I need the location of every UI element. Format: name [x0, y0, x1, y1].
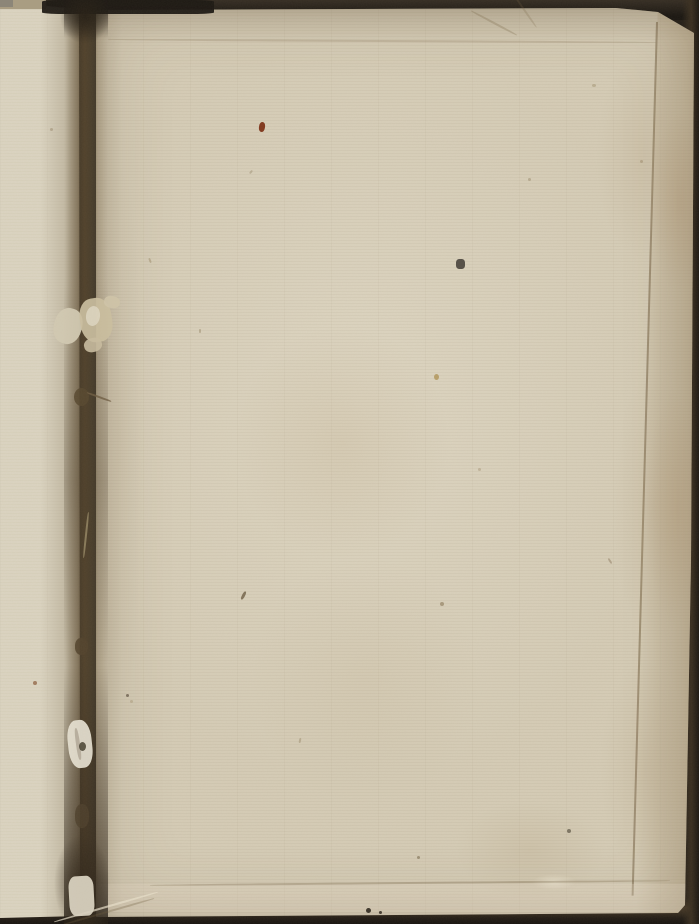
book-scan — [0, 0, 699, 924]
binding-gutter — [64, 0, 108, 924]
bottom-fold-band — [96, 884, 699, 912]
laid-paper-texture — [96, 0, 699, 924]
fore-edge-fold-line — [632, 22, 658, 896]
blank-page — [96, 0, 699, 924]
